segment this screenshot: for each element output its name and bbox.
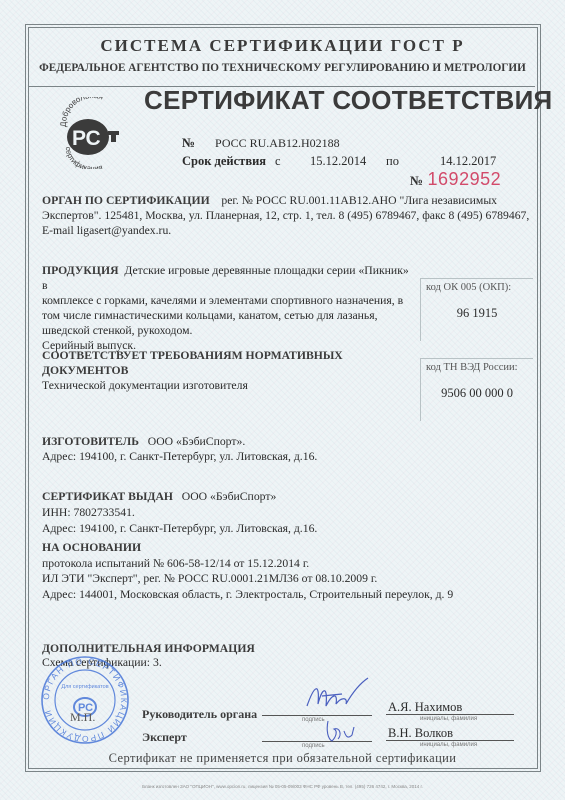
system-title: СИСТЕМА СЕРТИФИКАЦИИ ГОСТ Р: [0, 36, 565, 56]
blank-imprint: Бланк изготовлен ЗАО "ОПЦИОН", www.opcio…: [0, 784, 565, 789]
section-basis: НА ОСНОВАНИИ протокола испытаний № 606-5…: [42, 540, 532, 602]
svg-text:Для сертификатов: Для сертификатов: [61, 684, 108, 690]
document-title: СЕРТИФИКАТ СООТВЕТСТВИЯ: [144, 85, 553, 116]
validity-from: 15.12.2014: [310, 154, 366, 169]
blank-serial-number: № 1692952: [410, 169, 501, 190]
validity-from-label: с: [275, 154, 281, 169]
tnved-code-box: код ТН ВЭД России: 9506 00 000 0: [420, 358, 533, 421]
head-name: А.Я. Нахимов: [388, 700, 462, 715]
product-label: ПРОДУКЦИЯ: [42, 264, 119, 277]
section-cert-body: ОРГАН ПО СЕРТИФИКАЦИИ рег. № РОСС RU.001…: [42, 193, 532, 238]
okp-code: 96 1915: [421, 306, 533, 321]
tnved-code: 9506 00 000 0: [421, 386, 533, 401]
footer-note: Сертификат не применяется при обязательн…: [0, 751, 565, 766]
issued-to-label: СЕРТИФИКАТ ВЫДАН: [42, 490, 173, 503]
head-signature-icon: [302, 676, 372, 716]
section-product: ПРОДУКЦИЯ Детские игровые деревянные пло…: [42, 263, 417, 353]
cert-body-label: ОРГАН ПО СЕРТИФИКАЦИИ: [42, 194, 210, 207]
validity-label: Срок действия: [182, 154, 266, 169]
okp-code-box: код ОК 005 (ОКП): 96 1915: [420, 278, 533, 341]
cert-number: РОСС RU.AB12.H02188: [215, 136, 340, 151]
cert-number-label: №: [182, 135, 195, 151]
conformity-label: СООТВЕТСТВУЕТ ТРЕБОВАНИЯМ НОРМАТИВНЫХ ДО…: [42, 349, 343, 377]
expert-name: В.Н. Волков: [388, 726, 453, 741]
basis-label: НА ОСНОВАНИИ: [42, 541, 141, 554]
validity-to-label: по: [386, 154, 399, 169]
svg-text:РС: РС: [72, 127, 101, 150]
rst-mark-icon: Добровольная РС сертификация: [58, 97, 126, 169]
manufacturer-label: ИЗГОТОВИТЕЛЬ: [42, 435, 139, 448]
round-stamp-icon: ОРГАН ПО СЕРТИФИКАЦИИ ПРОДУКЦИИ Для серт…: [40, 655, 130, 745]
additional-label: ДОПОЛНИТЕЛЬНАЯ ИНФОРМАЦИЯ: [42, 642, 255, 655]
head-label: Руководитель органа: [142, 707, 257, 722]
validity-to: 14.12.2017: [440, 154, 496, 169]
expert-label: Эксперт: [142, 730, 187, 745]
stamp-place-label: М.П.: [70, 710, 95, 725]
section-conformity: СООТВЕТСТВУЕТ ТРЕБОВАНИЯМ НОРМАТИВНЫХ ДО…: [42, 348, 422, 393]
expert-signature-icon: [320, 717, 360, 745]
section-manufacturer: ИЗГОТОВИТЕЛЬ ООО «БэбиСпорт». Адрес: 194…: [42, 434, 522, 464]
agency-title: ФЕДЕРАЛЬНОЕ АГЕНТСТВО ПО ТЕХНИЧЕСКОМУ РЕ…: [0, 62, 565, 74]
section-issued-to: СЕРТИФИКАТ ВЫДАН ООО «БэбиСпорт» ИНН: 78…: [42, 489, 522, 537]
